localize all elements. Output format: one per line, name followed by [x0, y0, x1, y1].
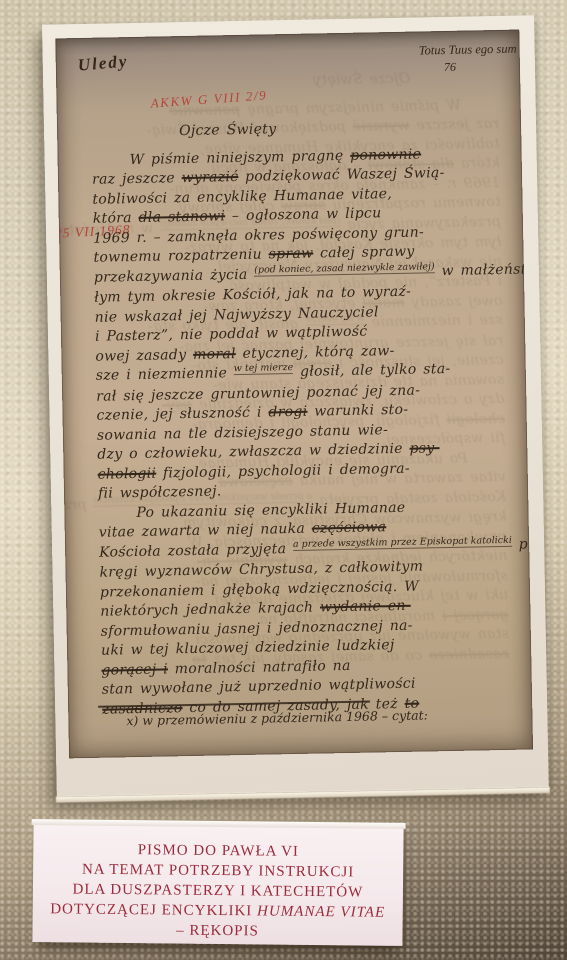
motto-annotation: Totus Tuus ego sum [419, 42, 517, 59]
manuscript-lines: Ojcze ŚwiętyW piśmie niniejszym pragnę p… [91, 116, 516, 720]
plaque-line-4-italic-title: HUMANAE VITAE [257, 903, 385, 920]
handwritten-top-left-annotation: Uledy [77, 51, 129, 75]
manuscript-page: Ojcze ŚwiętyW piśmie niniejszym pragnę p… [55, 30, 533, 759]
archive-code-annotation: AKKW G VIII 2/9 [150, 87, 268, 111]
plaque-line-4: DOTYCZĄCEJ ENCYKLIKI HUMANAE VITAE [33, 899, 403, 923]
ghost-line: Ojcze Święty [62, 68, 498, 96]
plaque-line-5: – RĘKOPIS [32, 919, 402, 943]
motto-number-annotation: 76 [444, 60, 456, 75]
manuscript-line: Ojcze Święty [91, 116, 505, 143]
plaque-line-4-regular: DOTYCZĄCEJ ENCYKLIKI [50, 901, 257, 919]
exhibit-label-plaque: PISMO DO PAWŁA VI NA TEMAT POTRZEBY INST… [32, 824, 403, 946]
manuscript-photo-print: Ojcze ŚwiętyW piśmie niniejszym pragnę p… [42, 15, 549, 796]
